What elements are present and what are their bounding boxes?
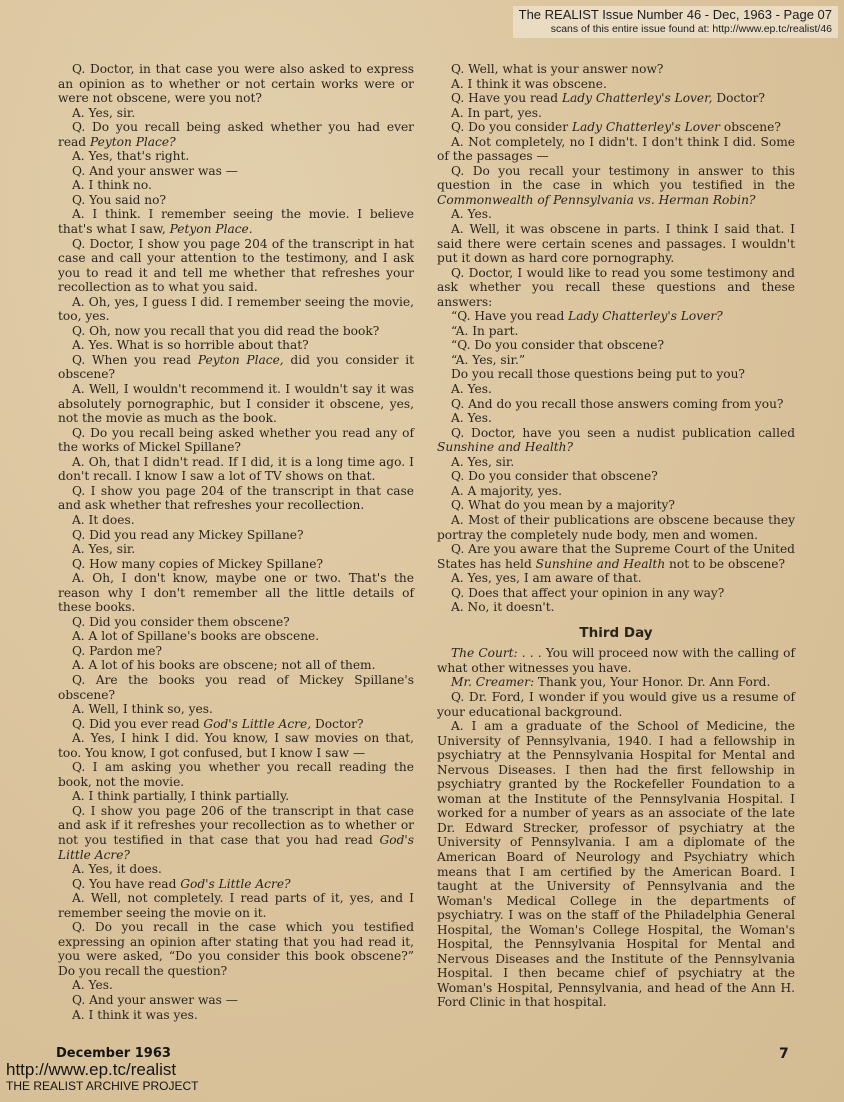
transcript-paragraph: “A. In part. — [437, 324, 795, 339]
transcript-paragraph: Q. Have you read Lady Chatterley's Lover… — [437, 91, 795, 106]
title-reference: God's Little Acre? — [180, 877, 290, 891]
transcript-paragraph: A. Well, I think so, yes. — [58, 702, 414, 717]
transcript-paragraph: Q. Do you recall being asked whether you… — [58, 426, 414, 455]
transcript-paragraph: A. I think it was obscene. — [437, 77, 795, 92]
transcript-paragraph: Q. Are the books you read of Mickey Spil… — [58, 673, 414, 702]
right-column-transcript: Q. Well, what is your answer now?A. I th… — [437, 62, 795, 1010]
transcript-paragraph: Q. Oh, now you recall that you did read … — [58, 324, 414, 339]
transcript-paragraph: A. I think. I remember seeing the movie.… — [58, 207, 414, 236]
transcript-paragraph: A. I think it was yes. — [58, 1008, 414, 1023]
transcript-paragraph: A. Yes, sir. — [58, 106, 414, 121]
title-reference: God's Little Acre? — [58, 833, 414, 862]
transcript-paragraph: A. Yes. What is so horrible about that? — [58, 338, 414, 353]
transcript-paragraph: Q. Pardon me? — [58, 644, 414, 659]
transcript-paragraph: “A. Yes, sir.” — [437, 353, 795, 368]
transcript-paragraph: A. Yes, that's right. — [58, 149, 414, 164]
transcript-paragraph: Q. Doctor, have you seen a nudist public… — [437, 426, 795, 455]
archive-url-link[interactable]: http://www.ep.tc/realist — [6, 1061, 199, 1079]
transcript-paragraph: A. Yes, sir. — [437, 455, 795, 470]
transcript-paragraph: Q. Well, what is your answer now? — [437, 62, 795, 77]
title-reference: Lady Chatterley's Lover? — [568, 309, 723, 323]
transcript-paragraph: A. Yes. — [437, 207, 795, 222]
page-number: 7 — [779, 1046, 789, 1062]
transcript-paragraph: A. In part, yes. — [437, 106, 795, 121]
transcript-paragraph: A. I think no. — [58, 178, 414, 193]
transcript-paragraph: A. Yes, yes, I am aware of that. — [437, 571, 795, 586]
transcript-paragraph: A. Well, I wouldn't recommend it. I woul… — [58, 382, 414, 426]
title-reference: Peyton Place? — [90, 135, 176, 149]
transcript-paragraph: A. A lot of his books are obscene; not a… — [58, 658, 414, 673]
transcript-paragraph: Q. How many copies of Mickey Spillane? — [58, 557, 414, 572]
transcript-paragraph: Q. I show you page 204 of the transcript… — [58, 484, 414, 513]
transcript-paragraph: Q. Doctor, I show you page 204 of the tr… — [58, 237, 414, 295]
transcript-paragraph: “Q. Do you consider that obscene? — [437, 338, 795, 353]
title-reference: Sunshine and Health — [536, 557, 666, 571]
transcript-paragraph: Q. Did you consider them obscene? — [58, 615, 414, 630]
transcript-paragraph: Q. And do you recall those answers comin… — [437, 397, 795, 412]
transcript-paragraph: Q. Do you recall in the case which you t… — [58, 920, 414, 978]
issue-title: The REALIST Issue Number 46 - Dec, 1963 … — [519, 8, 832, 23]
transcript-paragraph: Q. What do you mean by a majority? — [437, 498, 795, 513]
transcript-paragraph: Q. Do you recall being asked whether you… — [58, 120, 414, 149]
title-reference: Petyon Place. — [170, 222, 253, 236]
transcript-paragraph: A. Well, it was obscene in parts. I thin… — [437, 222, 795, 266]
title-reference: Commonwealth of Pennsylvania vs. Herman … — [437, 193, 755, 207]
speaker-label: Mr. Creamer: — [451, 675, 534, 689]
section-heading-third-day: Third Day — [437, 626, 795, 641]
transcript-paragraph: A. I am a graduate of the School of Medi… — [437, 719, 795, 1010]
transcript-paragraph: A. I think partially, I think partially. — [58, 789, 414, 804]
archive-url-note: scans of this entire issue found at: htt… — [519, 23, 832, 35]
transcript-paragraph: Q. You have read God's Little Acre? — [58, 877, 414, 892]
transcript-paragraph: Do you recall those questions being put … — [437, 367, 795, 382]
transcript-paragraph: Q. Do you recall your testimony in answe… — [437, 164, 795, 208]
transcript-paragraph: Q. Doctor, in that case you were also as… — [58, 62, 414, 106]
transcript-paragraph: A. Yes, it does. — [58, 862, 414, 877]
transcript-paragraph: Q. Does that affect your opinion in any … — [437, 586, 795, 601]
transcript-paragraph: A. Yes. — [437, 411, 795, 426]
transcript-paragraph: A. Well, not completely. I read parts of… — [58, 891, 414, 920]
transcript-paragraph: Q. And your answer was — — [58, 993, 414, 1008]
transcript-paragraph: A. A majority, yes. — [437, 484, 795, 499]
transcript-paragraph: A. Yes. — [58, 978, 414, 993]
transcript-paragraph: A. It does. — [58, 513, 414, 528]
left-column-transcript: Q. Doctor, in that case you were also as… — [58, 62, 414, 1022]
transcript-paragraph: Q. Do you consider Lady Chatterley's Lov… — [437, 120, 795, 135]
title-reference: Sunshine and Health? — [437, 440, 573, 454]
title-reference: Lady Chatterley's Lover, — [562, 91, 713, 105]
transcript-paragraph: Q. Dr. Ford, I wonder if you would give … — [437, 690, 795, 719]
footer-archive-info: December 1963 http://www.ep.tc/realist T… — [6, 1046, 199, 1093]
transcript-paragraph: A. Yes, sir. — [58, 542, 414, 557]
transcript-paragraph: “Q. Have you read Lady Chatterley's Love… — [437, 309, 795, 324]
transcript-paragraph: A. Not completely, no I didn't. I don't … — [437, 135, 795, 164]
transcript-paragraph: Q. You said no? — [58, 193, 414, 208]
transcript-paragraph: Mr. Creamer: Thank you, Your Honor. Dr. … — [437, 675, 795, 690]
transcript-paragraph: Q. Did you read any Mickey Spillane? — [58, 528, 414, 543]
transcript-paragraph: A. Yes. — [437, 382, 795, 397]
transcript-paragraph: Q. And your answer was — — [58, 164, 414, 179]
archive-project-label: THE REALIST ARCHIVE PROJECT — [6, 1079, 199, 1093]
transcript-paragraph: Q. When you read Peyton Place, did you c… — [58, 353, 414, 382]
title-reference: Lady Chatterley's Lover — [572, 120, 720, 134]
transcript-paragraph: Q. Do you consider that obscene? — [437, 469, 795, 484]
archive-header-banner: The REALIST Issue Number 46 - Dec, 1963 … — [513, 6, 838, 38]
transcript-paragraph: A. No, it doesn't. — [437, 600, 795, 615]
transcript-paragraph: Q. Did you ever read God's Little Acre, … — [58, 717, 414, 732]
transcript-paragraph: The Court: . . . You will proceed now wi… — [437, 646, 795, 675]
transcript-paragraph: A. Yes, I hink I did. You know, I saw mo… — [58, 731, 414, 760]
transcript-paragraph: A. Oh, yes, I guess I did. I remember se… — [58, 295, 414, 324]
issue-date: December 1963 — [56, 1046, 199, 1061]
third-day-transcript: The Court: . . . You will proceed now wi… — [437, 646, 795, 1010]
transcript-paragraph: Q. Doctor, I would like to read you some… — [437, 266, 795, 310]
transcript-paragraph: A. Oh, I don't know, maybe one or two. T… — [58, 571, 414, 615]
transcript-continued: Q. Well, what is your answer now?A. I th… — [437, 62, 795, 615]
transcript-paragraph: Q. I show you page 206 of the transcript… — [58, 804, 414, 862]
transcript-paragraph: Q. Are you aware that the Supreme Court … — [437, 542, 795, 571]
title-reference: Peyton Place, — [198, 353, 284, 367]
transcript-paragraph: A. A lot of Spillane's books are obscene… — [58, 629, 414, 644]
title-reference: God's Little Acre, — [203, 717, 311, 731]
speaker-label: The Court: — [451, 646, 518, 660]
transcript-paragraph: Q. I am asking you whether you recall re… — [58, 760, 414, 789]
transcript-paragraph: A. Oh, that I didn't read. If I did, it … — [58, 455, 414, 484]
transcript-paragraph: A. Most of their publications are obscen… — [437, 513, 795, 542]
